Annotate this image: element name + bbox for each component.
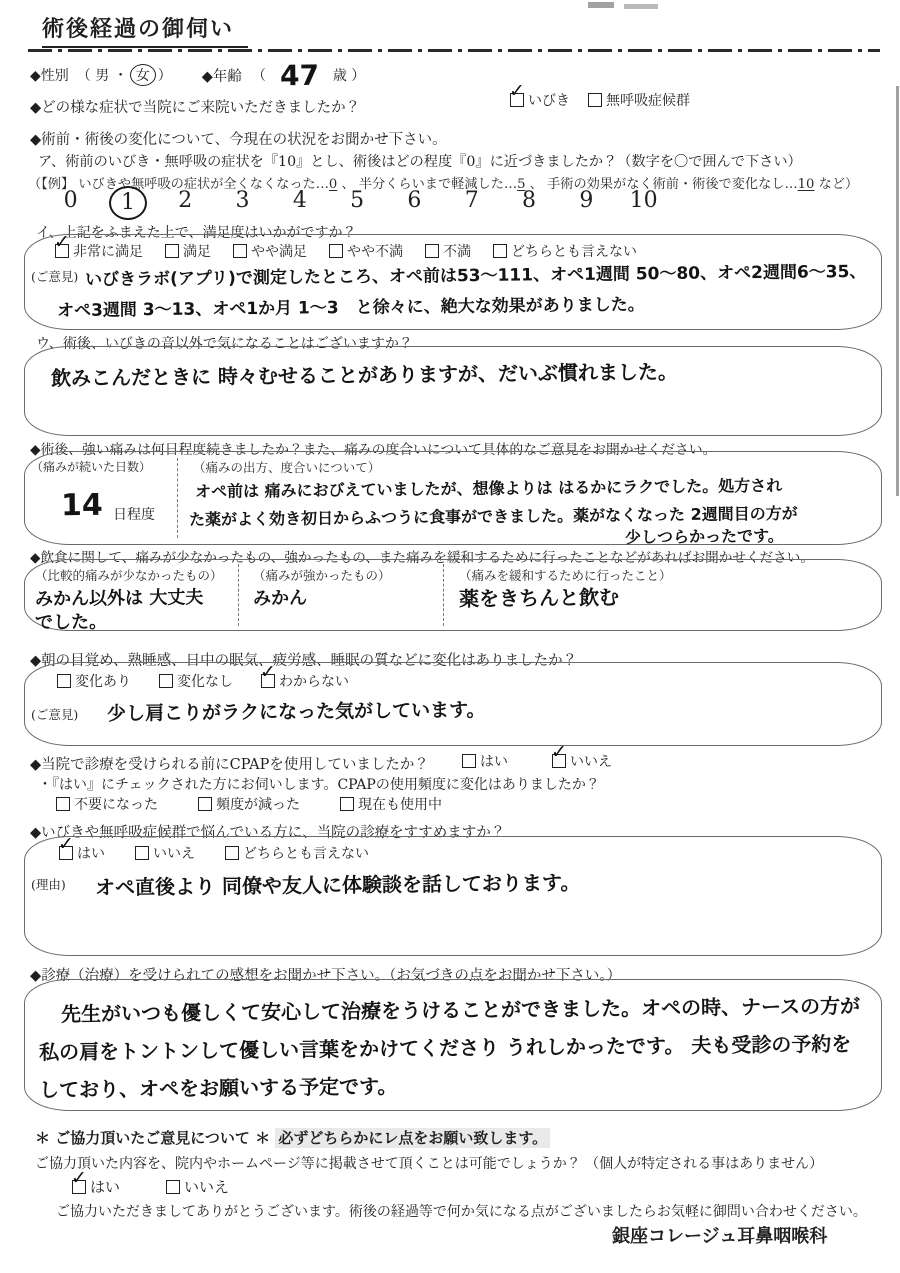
option-genzai-shiyo[interactable]: ✓ 現在も使用中 <box>340 794 442 814</box>
profile-row: ◆性別 （ 男 ・ 女 ） ◆年齢 （ 47 歳 ） <box>30 60 365 90</box>
option-rec-hai[interactable]: ✓ はい <box>59 843 105 863</box>
scale-number-2[interactable]: 2 <box>157 186 214 220</box>
checkbox-label: 不要になった <box>74 794 158 814</box>
food-answer-box: （比較的痛みが少なかったもの） みかん以外は 大丈夫 でした。 （痛みが強かった… <box>24 559 882 631</box>
pain-detail-line-3: 少しつらかったです。 <box>625 523 784 548</box>
checkbox[interactable]: ✓ <box>552 754 566 768</box>
scan-edge-line <box>896 86 899 496</box>
sleep-options: ✓ 変化あり ✓ 変化なし ✓ わからない <box>57 671 349 691</box>
cpap-question: ◆当院で診療を受けられる前にCPAPを使用していましたか？ <box>30 753 429 774</box>
recommend-answer-box: ✓ はい ✓ いいえ ✓ どちらとも言えない (理由) オペ直後より 同僚や友人… <box>24 836 882 956</box>
check-icon: ✓ <box>551 743 567 762</box>
checkbox[interactable]: ✓ <box>233 244 247 258</box>
checkbox[interactable]: ✓ <box>340 797 354 811</box>
checkbox[interactable]: ✓ <box>72 1180 86 1194</box>
checkbox[interactable]: ✓ <box>166 1180 180 1194</box>
column-divider <box>177 458 178 538</box>
check-icon: ✓ <box>509 82 525 101</box>
opinion-line-2: オペ3週間 3～13、オペ1か月 1～3 と徐々に、絶大な効果がありました。 <box>57 290 645 321</box>
option-fuman[interactable]: ✓ 不満 <box>425 241 471 261</box>
option-mukokyu[interactable]: ✓ 無呼吸症候群 <box>588 90 690 110</box>
checkbox-label: わからない <box>279 671 349 691</box>
questionnaire-page: 術後経過の御伺い ◆性別 （ 男 ・ 女 ） ◆年齢 （ 47 歳 ） ◆どの様… <box>0 0 900 1273</box>
checkbox-label: やや不満 <box>347 241 403 261</box>
checkbox-label: はい <box>90 1176 120 1197</box>
check-icon: ✓ <box>54 233 70 252</box>
scale-number-1[interactable]: 1 <box>99 186 156 220</box>
food-col1-line2: でした。 <box>35 608 107 635</box>
option-yaya-fuman[interactable]: ✓ やや不満 <box>329 241 403 261</box>
example-num-10: 10 <box>798 177 815 192</box>
option-hindo-hetta[interactable]: ✓ 頻度が減った <box>198 794 300 814</box>
gender-option-female[interactable]: 女 <box>130 64 156 86</box>
check-icon: ✓ <box>260 663 276 682</box>
clinic-name: 銀座コレージュ耳鼻咽喉科 <box>612 1222 827 1248</box>
scale-number-9[interactable]: 9 <box>558 186 615 220</box>
option-manzoku[interactable]: ✓ 満足 <box>165 241 211 261</box>
option-rec-iie[interactable]: ✓ いいえ <box>135 843 195 863</box>
checkbox-label: いいえ <box>153 843 195 863</box>
gender-label: ◆性別 <box>30 65 69 85</box>
cpap-options: ✓ はい ✓ いいえ <box>462 751 612 771</box>
consent-question: ご協力頂いた内容を、院内やホームページ等に掲載させて頂くことは可能でしょうか？ … <box>35 1153 823 1173</box>
checkbox[interactable]: ✓ <box>462 754 476 768</box>
checkbox[interactable]: ✓ <box>198 797 212 811</box>
age-value: 47 <box>280 58 319 91</box>
consent-note-prefix: ＊ ご協力頂いたご意見について ＊ <box>35 1129 275 1147</box>
cpap-frequency-options: ✓ 不要になった ✓ 頻度が減った ✓ 現在も使用中 <box>56 794 442 814</box>
pain-days-unit: 日程度 <box>113 504 155 524</box>
checkbox-label: いびき <box>528 90 570 110</box>
checkbox[interactable]: ✓ <box>225 846 239 860</box>
option-wakaranai[interactable]: ✓ わからない <box>261 671 349 691</box>
option-yaya-manzoku[interactable]: ✓ やや満足 <box>233 241 307 261</box>
checkbox[interactable]: ✓ <box>329 244 343 258</box>
pain-days-value: 14 <box>61 488 103 523</box>
impression-line-3: しており、オペをお願いする予定です。 <box>39 1070 398 1103</box>
option-cpap-hai[interactable]: ✓ はい <box>462 751 508 771</box>
consent-note: ＊ ご協力頂いたご意見について ＊ 必ずどちらかにレ点をお願い致します。 <box>35 1127 550 1148</box>
change-heading: ◆術前・術後の変化について、今現在の状況をお聞かせ下さい。 <box>30 128 447 149</box>
checkbox[interactable]: ✓ <box>588 93 602 107</box>
checkbox-label: 満足 <box>183 241 211 261</box>
option-fuyo[interactable]: ✓ 不要になった <box>56 794 158 814</box>
page-title: 術後経過の御伺い <box>42 12 248 48</box>
checkbox-label: 不満 <box>443 241 471 261</box>
symptom-options: ✓ いびき ✓ 無呼吸症候群 <box>510 90 690 110</box>
sleep-opinion-label: (ご意見) <box>31 705 78 723</box>
checkbox-label: どちらとも言えない <box>511 241 637 261</box>
scale-number-7[interactable]: 7 <box>443 186 500 220</box>
pain-detail-line-1: オペ前は 痛みにおびえていましたが、想像よりは はるかにラクでした。処方され <box>195 473 782 502</box>
option-cpap-iie[interactable]: ✓ いいえ <box>552 751 612 771</box>
pain-days-label: （痛みが続いた日数） <box>31 458 151 475</box>
opinion-label: (ご意見) <box>31 267 78 285</box>
sleep-answer-box: ✓ 変化あり ✓ 変化なし ✓ わからない (ご意見) 少し肩こりがラクになった… <box>24 662 882 746</box>
option-rec-dochira[interactable]: ✓ どちらとも言えない <box>225 843 369 863</box>
age-paren-open: （ <box>252 65 266 85</box>
recommend-answer: オペ直後より 同僚や友人に体験談を話しております。 <box>95 866 581 900</box>
gender-options-open: （ 男 ・ <box>77 65 128 85</box>
check-icon: ✓ <box>58 835 74 854</box>
pain-detail-label: （痛みの出方、度合いについて） <box>193 458 380 476</box>
checkbox-label: はい <box>77 843 105 863</box>
checkbox[interactable]: ✓ <box>165 244 179 258</box>
food-col1-label: （比較的痛みが少なかったもの） <box>35 566 223 584</box>
checkbox[interactable]: ✓ <box>59 846 73 860</box>
checkbox-label: 無呼吸症候群 <box>606 90 690 110</box>
option-henka-nashi[interactable]: ✓ 変化なし <box>159 671 233 691</box>
food-col3-answer: 薬をきちんと飲む <box>459 581 619 612</box>
impression-line-1: 先生がいつも優しくて安心して治療をうけることができました。オペの時、ナースの方が <box>61 990 860 1027</box>
check-icon: ✓ <box>71 1169 87 1188</box>
scale-number-5[interactable]: 5 <box>328 186 385 220</box>
recommend-options: ✓ はい ✓ いいえ ✓ どちらとも言えない <box>59 843 369 863</box>
age-unit: 歳 ） <box>333 65 365 85</box>
change-question-a: ア、術前のいびき・無呼吸の症状を『10』とし、術後はどの程度『0』に近づきました… <box>38 151 802 171</box>
checkbox[interactable]: ✓ <box>159 674 173 688</box>
checkbox[interactable]: ✓ <box>510 93 524 107</box>
gender-options-close: ） <box>158 65 172 85</box>
age-label: ◆年齢 <box>202 65 242 86</box>
scale-number-4[interactable]: 4 <box>271 186 328 220</box>
impression-answer-box: 先生がいつも優しくて安心して治療をうけることができました。オペの時、ナースの方が… <box>24 979 882 1111</box>
option-dochira-tomo[interactable]: ✓ どちらとも言えない <box>493 241 637 261</box>
severity-scale: 0 1 2 3 4 5 6 7 8 9 10 <box>42 186 672 220</box>
checkbox-label: 変化あり <box>75 671 131 691</box>
food-col2-answer: みかん <box>253 584 307 611</box>
cpap-followup: ・『はい』にチェックされた方にお伺いします。CPAPの使用頻度に変化はありました… <box>38 774 600 794</box>
scale-number-3[interactable]: 3 <box>214 186 271 220</box>
dash-dot-divider <box>28 49 880 52</box>
consent-thanks: ご協力いただきましてありがとうございます。術後の経過等で何か気になる点がございま… <box>56 1201 867 1221</box>
checkbox[interactable]: ✓ <box>493 244 507 258</box>
reason-label: (理由) <box>31 875 66 893</box>
checkbox-label: 現在も使用中 <box>358 794 442 814</box>
food-col2-label: （痛みが強かったもの） <box>253 566 391 584</box>
satisfaction-options: ✓ 非常に満足 ✓ 満足 ✓ やや満足 ✓ やや不満 ✓ 不満 ✓ どちらとも言… <box>55 241 637 261</box>
checkbox-label: どちらとも言えない <box>243 843 369 863</box>
checkbox[interactable]: ✓ <box>57 674 71 688</box>
example-text: など） <box>814 177 858 192</box>
checkbox-label: いいえ <box>184 1176 229 1197</box>
opinion-line-1: いびきラボ(アプリ)で測定したところ、オペ前は53～111、オペ1週間 50～8… <box>85 257 867 290</box>
scale-number-0[interactable]: 0 <box>42 186 99 220</box>
checkbox-label: やや満足 <box>251 241 307 261</box>
scale-number-6[interactable]: 6 <box>386 186 443 220</box>
consent-note-emphasis: 必ずどちらかにレ点をお願い致します。 <box>275 1128 550 1148</box>
other-concerns-answer: 飲みこんだときに 時々むせることがありますが、だいぶ慣れました。 <box>51 356 678 392</box>
option-consent-iie[interactable]: ✓ いいえ <box>166 1176 229 1197</box>
impression-line-2: 私の肩をトントンして優しい言葉をかけてくださり うれしかったです。 夫も受診の予… <box>39 1028 852 1066</box>
checkbox-label: いいえ <box>570 751 612 771</box>
checkbox-label: 非常に満足 <box>73 241 143 261</box>
checkbox-label: 頻度が減った <box>216 794 300 814</box>
checkbox[interactable]: ✓ <box>56 797 70 811</box>
option-henka-ari[interactable]: ✓ 変化あり <box>57 671 131 691</box>
checkbox[interactable]: ✓ <box>261 674 275 688</box>
scale-number-8[interactable]: 8 <box>500 186 557 220</box>
food-col1-line1: みかん以外は 大丈夫 <box>35 583 204 611</box>
consent-options: ✓ はい ✓ いいえ <box>72 1176 229 1197</box>
checkbox[interactable]: ✓ <box>55 244 69 258</box>
scan-artifact <box>624 4 658 9</box>
column-divider <box>238 564 239 626</box>
satisfaction-answer-box: ✓ 非常に満足 ✓ 満足 ✓ やや満足 ✓ やや不満 ✓ 不満 ✓ どちらとも言… <box>24 234 882 330</box>
scale-number-10[interactable]: 10 <box>615 186 672 220</box>
checkbox-label: はい <box>480 751 508 771</box>
column-divider <box>443 564 444 626</box>
option-ibiki[interactable]: ✓ いびき <box>510 90 570 110</box>
symptom-question: ◆どの様な症状で当院にご来院いただきましたか？ <box>30 96 360 117</box>
sleep-answer: 少し肩こりがラクになった気がしています。 <box>107 695 486 726</box>
other-concerns-box: 飲みこんだときに 時々むせることがありますが、だいぶ慣れました。 <box>24 346 882 436</box>
pain-answer-box: （痛みが続いた日数） 14 日程度 （痛みの出方、度合いについて） オペ前は 痛… <box>24 451 882 545</box>
option-hijo-manzoku[interactable]: ✓ 非常に満足 <box>55 241 143 261</box>
checkbox[interactable]: ✓ <box>425 244 439 258</box>
checkbox[interactable]: ✓ <box>135 846 149 860</box>
option-consent-hai[interactable]: ✓ はい <box>72 1176 120 1197</box>
scan-artifact <box>588 2 614 8</box>
checkbox-label: 変化なし <box>177 671 233 691</box>
